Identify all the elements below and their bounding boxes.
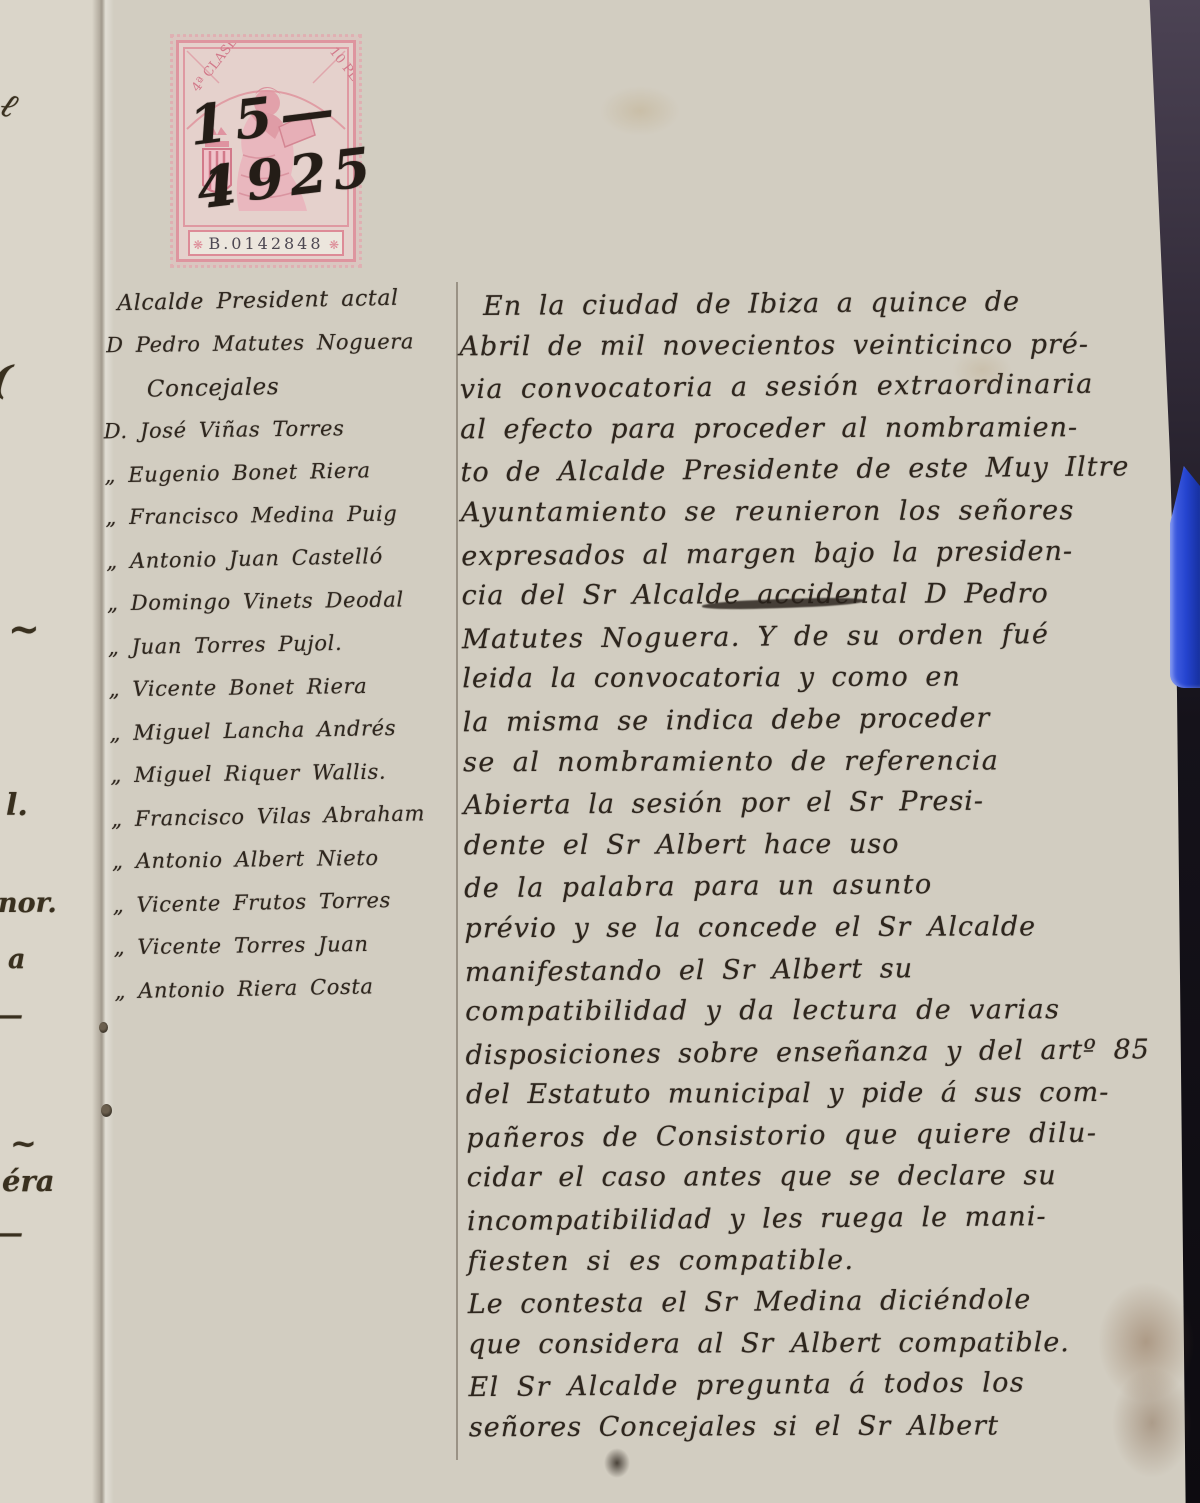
body-handwriting-line: del Estatuto municipal y pide á sus com- (466, 1077, 1196, 1121)
margin-handwriting-line: „ Francisco Vilas Abraham (111, 801, 464, 851)
margin-handwriting-line: „ Vicente Frutos Torres (113, 887, 466, 937)
margin-handwriting-line: „ Domingo Vinets Deodal (107, 587, 460, 635)
body-handwriting-line: fiesten si es compatible. (467, 1243, 1197, 1287)
body-handwriting-line: Abierta la sesión por el Sr Presi- (463, 784, 1193, 832)
margin-handwriting-line: „ Juan Torres Pujol. (108, 629, 461, 679)
margin-handwriting-line: „ Eugenio Bonet Riera (104, 457, 457, 507)
handwriting-fragment: ( (0, 355, 14, 404)
handwriting-fragment: a (8, 944, 26, 975)
handwriting-fragment: ~ (10, 1124, 37, 1162)
body-handwriting-line: compatibilidad y da lectura de varias (465, 994, 1195, 1038)
handwriting-fragment: l. (6, 788, 28, 823)
document-photo: ℓ(~l.nor.a—~éra— 4ª CLASE 10 PESETAS (0, 0, 1200, 1503)
margin-handwriting-line: „ Francisco Medina Puig (105, 501, 458, 549)
handwriting-fragment: — (0, 1218, 23, 1249)
margin-handwriting-line: Concejales (103, 371, 456, 421)
margin-attendees-column: Alcalde President actalD Pedro Matutes N… (101, 285, 467, 1023)
revenue-stamp: 4ª CLASE 10 PESETAS ❋ (176, 40, 356, 262)
body-handwriting-line: incompatibilidad y les ruega le mani- (467, 1200, 1197, 1248)
body-handwriting-line: via convocatoria a sesión extraordinaria (460, 368, 1190, 416)
body-handwriting-line: cidar el caso antes que se declare su (467, 1160, 1197, 1204)
handwriting-fragment: ℓ (0, 85, 24, 127)
body-handwriting-line: al efecto para proceder al nombramien- (460, 412, 1190, 456)
body-handwriting-line: de la palabra para un asunto (464, 867, 1194, 915)
margin-handwriting-line: „ Vicente Torres Juan (114, 931, 467, 979)
body-handwriting-line: dente el Sr Albert hace uso (464, 827, 1194, 871)
margin-handwriting-line: „ Antonio Juan Castelló (106, 543, 459, 593)
body-handwriting-line: prévio y se la concede el Sr Alcalde (464, 911, 1194, 955)
margin-handwriting-line: „ Vicente Bonet Riera (109, 673, 462, 721)
handwriting-fragment: — (0, 1000, 23, 1031)
body-handwriting-line: to de Alcalde Presidente de este Muy Ilt… (460, 451, 1190, 499)
body-handwriting-line: manifestando el Sr Albert su (465, 950, 1195, 998)
handwriting-fragment: nor. (0, 888, 57, 919)
body-handwriting-line: disposiciones sobre enseñanza y del artº… (465, 1033, 1195, 1081)
handwriting-fragment: ~ (8, 606, 40, 651)
margin-handwriting-line: „ Miguel Riquer Wallis. (110, 759, 463, 807)
margin-handwriting-line: Alcalde President actal (101, 285, 454, 335)
body-handwriting-line: se al nombramiento de referencia (463, 744, 1193, 788)
body-handwriting-line: Ayuntamiento se reunieron los señores (461, 495, 1191, 539)
previous-page-edge: ℓ(~l.nor.a—~éra— (0, 0, 100, 1503)
body-handwriting-line: El Sr Alcalde pregunta á todos los (468, 1366, 1198, 1414)
margin-handwriting-line: „ Antonio Riera Costa (114, 973, 467, 1023)
body-handwriting-line: que considera al Sr Albert compatible. (468, 1327, 1198, 1371)
binding-hole (101, 1104, 112, 1117)
minutes-body-column: En la ciudad de Ibiza a quince deAbril d… (459, 285, 1199, 1456)
margin-handwriting-line: D Pedro Matutes Noguera (102, 329, 455, 377)
margin-handwriting-line: „ Antonio Albert Nieto (112, 845, 465, 893)
stamp-handwritten-date: 15—4 1925 (166, 33, 365, 269)
body-handwriting-line: En la ciudad de Ibiza a quince de (459, 285, 1189, 333)
margin-rule-line (456, 282, 458, 1460)
margin-handwriting-line: „ Miguel Lancha Andrés (109, 715, 462, 765)
body-handwriting-line: la misma se indica debe proceder (463, 701, 1193, 749)
body-handwriting-line: pañeros de Consistorio que quiere dilu- (466, 1117, 1196, 1165)
body-handwriting-line: Le contesta el Sr Medina diciéndole (468, 1283, 1198, 1331)
binding-hole (99, 1022, 108, 1033)
margin-handwriting-line: D. José Viñas Torres (104, 415, 457, 463)
body-handwriting-line: Matutes Noguera. Y de su orden fué (462, 618, 1192, 666)
body-handwriting-line: expresados al margen bajo la presiden- (461, 534, 1191, 582)
body-handwriting-line: leida la convocatoria y como en (462, 661, 1192, 705)
body-handwriting-line: señores Concejales si el Sr Albert (469, 1410, 1199, 1454)
body-handwriting-line: Abril de mil novecientos veinticinco pré… (459, 328, 1189, 372)
handwriting-fragment: éra (2, 1164, 55, 1198)
